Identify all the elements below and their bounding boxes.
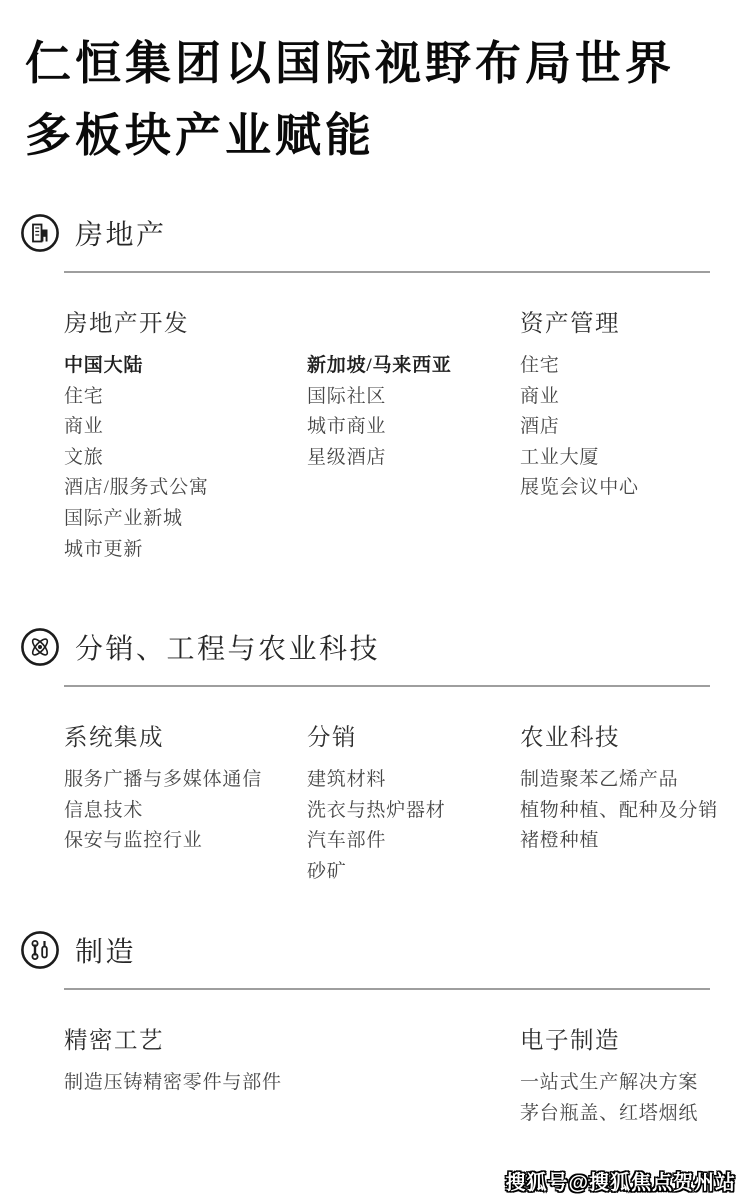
watermark: 搜狐号@搜狐焦点贺州站 xyxy=(505,1166,736,1195)
list-item: 洗衣与热炉器材 xyxy=(307,796,519,827)
section-title: 房地产 xyxy=(75,213,167,253)
infographic-page: 仁恒集团以国际视野布局世界 多板块产业赋能 房地产 房地产开发 中国大陆 xyxy=(0,0,740,1198)
column-header: 精密工艺 xyxy=(64,1026,310,1056)
list-item: 砂矿 xyxy=(307,857,519,888)
list-item: 文旅 xyxy=(64,443,310,474)
list-item: 国际产业新城 xyxy=(64,504,310,535)
list-item: 中国大陆 xyxy=(64,351,310,382)
section-distribution-header: 分销、工程与农业科技 xyxy=(20,627,380,667)
list-item: 制造聚苯乙烯产品 xyxy=(520,765,740,796)
list-item: 建筑材料 xyxy=(307,765,519,796)
divider xyxy=(64,271,710,273)
list-item: 商业 xyxy=(520,382,740,413)
list-item: 酒店 xyxy=(520,412,740,443)
list-item: 城市商业 xyxy=(307,412,519,443)
list-item: 国际社区 xyxy=(307,382,519,413)
list-item: 一站式生产解决方案 xyxy=(520,1068,740,1099)
atom-icon xyxy=(20,627,60,667)
list-item: 植物种植、配种及分销 xyxy=(520,796,740,827)
list-item: 制造压铸精密零件与部件 xyxy=(64,1068,310,1099)
list-item: 服务广播与多媒体通信 xyxy=(64,765,310,796)
column-real-estate-development: 房地产开发 中国大陆 住宅 商业 文旅 酒店/服务式公寓 国际产业新城 城市更新 xyxy=(64,309,310,565)
list-item: 城市更新 xyxy=(64,535,310,566)
column-distribution: 分销 建筑材料 洗衣与热炉器材 汽车部件 砂矿 xyxy=(307,723,519,887)
divider xyxy=(64,685,710,687)
list-item: 新加坡/马来西亚 xyxy=(307,351,519,382)
column-agritech: 农业科技 制造聚苯乙烯产品 植物种植、配种及分销 褚橙种植 xyxy=(520,723,740,857)
column-header: 系统集成 xyxy=(64,723,310,753)
list-item: 商业 xyxy=(64,412,310,443)
tools-icon xyxy=(20,930,60,970)
list-item: 住宅 xyxy=(520,351,740,382)
list-item: 工业大厦 xyxy=(520,443,740,474)
list-item: 住宅 xyxy=(64,382,310,413)
column-precision-engineering: 精密工艺 制造压铸精密零件与部件 xyxy=(64,1026,310,1099)
list-item: 茅台瓶盖、红塔烟纸 xyxy=(520,1099,740,1130)
column-asset-management: 资产管理 住宅 商业 酒店 工业大厦 展览会议中心 xyxy=(520,309,740,504)
column-singapore-malaysia: 新加坡/马来西亚 国际社区 城市商业 星级酒店 xyxy=(307,309,519,473)
list-item: 汽车部件 xyxy=(307,826,519,857)
column-header: 资产管理 xyxy=(520,309,740,339)
list-item: 信息技术 xyxy=(64,796,310,827)
section-title: 制造 xyxy=(75,930,136,970)
column-electronics-manufacturing: 电子制造 一站式生产解决方案 茅台瓶盖、红塔烟纸 xyxy=(520,1026,740,1129)
column-header: 农业科技 xyxy=(520,723,740,753)
list-item: 保安与监控行业 xyxy=(64,826,310,857)
building-icon xyxy=(20,213,60,253)
page-title-line1: 仁恒集团以国际视野布局世界 xyxy=(25,28,720,100)
section-real-estate-header: 房地产 xyxy=(20,213,167,253)
list-item: 酒店/服务式公寓 xyxy=(64,473,310,504)
divider xyxy=(64,988,710,990)
page-title-line2: 多板块产业赋能 xyxy=(25,100,720,172)
list-item: 褚橙种植 xyxy=(520,826,740,857)
column-header xyxy=(307,309,519,339)
section-manufacturing-header: 制造 xyxy=(20,930,136,970)
column-header: 房地产开发 xyxy=(64,309,310,339)
page-title: 仁恒集团以国际视野布局世界 多板块产业赋能 xyxy=(25,28,720,172)
list-item: 星级酒店 xyxy=(307,443,519,474)
column-header: 分销 xyxy=(307,723,519,753)
column-header: 电子制造 xyxy=(520,1026,740,1056)
section-title: 分销、工程与农业科技 xyxy=(75,627,380,667)
column-system-integration: 系统集成 服务广播与多媒体通信 信息技术 保安与监控行业 xyxy=(64,723,310,857)
list-item: 展览会议中心 xyxy=(520,473,740,504)
